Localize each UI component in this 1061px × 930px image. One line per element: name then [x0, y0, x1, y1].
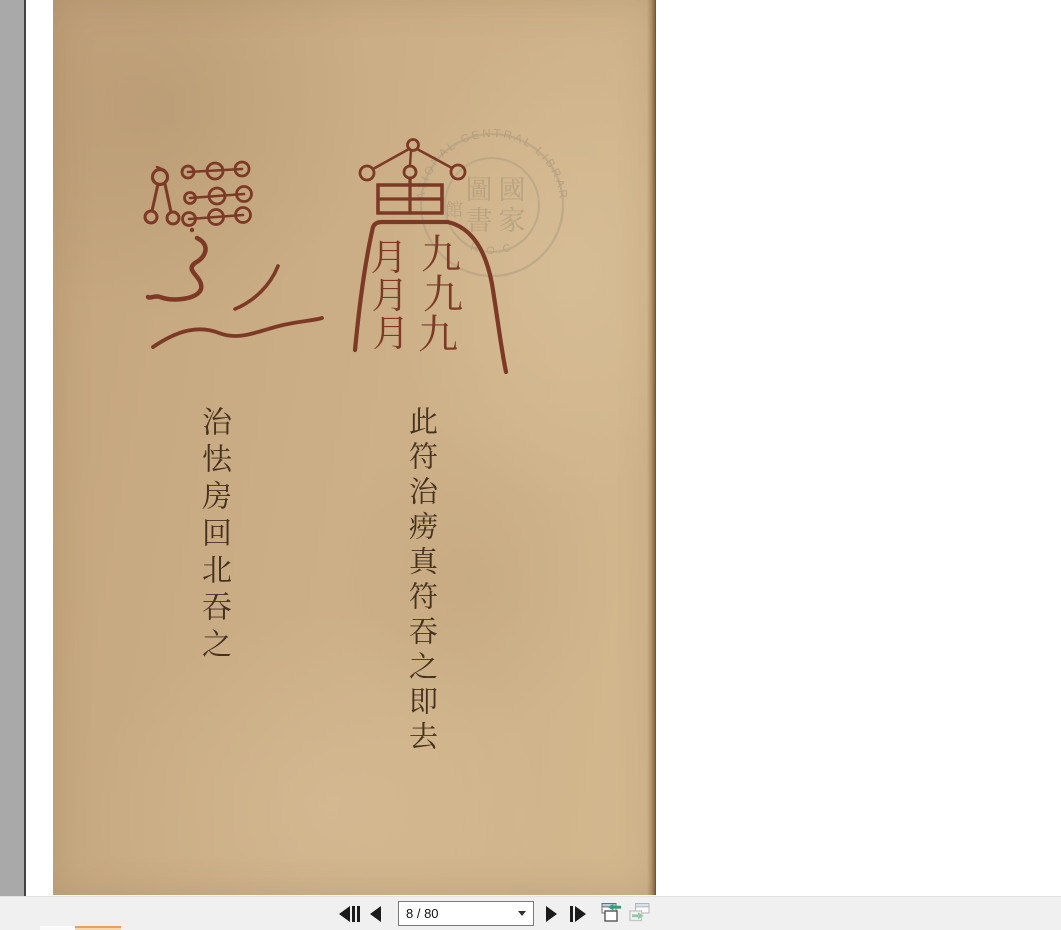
talisman-characters: 月 月 月 九 九 九 — [371, 232, 464, 358]
manuscript-page[interactable]: NATIONAL CENTRAL LIBRARY R.O.C 國 家 圖 書 館 — [53, 0, 656, 895]
page-indicator: 8 / 80 — [406, 906, 439, 921]
triangle-left-icon — [370, 906, 381, 922]
svg-text:家: 家 — [499, 206, 526, 237]
library-stamp: NATIONAL CENTRAL LIBRARY R.O.C 國 家 圖 書 館 — [53, 0, 569, 276]
dropdown-arrow-icon — [518, 911, 526, 916]
svg-text:月: 月 — [373, 312, 410, 355]
navigation-toolbar: 8 / 80 — [0, 896, 1061, 930]
window-arrow-right-icon — [628, 902, 651, 923]
previous-page-button[interactable] — [368, 900, 383, 928]
page-number-combobox[interactable]: 8 / 80 — [398, 901, 534, 926]
svg-text:圖: 圖 — [466, 175, 493, 206]
panel-divider — [24, 0, 26, 896]
float-page-button[interactable] — [626, 901, 652, 927]
svg-text:月: 月 — [372, 274, 409, 317]
stamp-seal-characters: 國 家 圖 書 館 — [445, 175, 526, 237]
page-right-edge — [647, 0, 656, 895]
svg-text:月: 月 — [371, 236, 408, 279]
viewer-window: NATIONAL CENTRAL LIBRARY R.O.C 國 家 圖 書 館 — [0, 0, 1061, 930]
svg-text:九: 九 — [418, 312, 458, 358]
caption-left: 治怯房回北吞之 — [191, 406, 235, 665]
bottom-strip-white — [40, 926, 75, 930]
stamp-top-text: NATIONAL CENTRAL LIBRARY — [53, 0, 569, 201]
bar-icon — [352, 906, 355, 922]
triangle-right-icon — [575, 906, 586, 922]
bottom-strip-highlight[interactable] — [75, 926, 121, 930]
left-talisman — [145, 162, 322, 347]
svg-text:NATIONAL CENTRAL LIBRARY: NATIONAL CENTRAL LIBRARY — [53, 0, 569, 201]
next-page-button[interactable] — [544, 900, 559, 928]
svg-text:館: 館 — [445, 200, 463, 221]
bar-icon — [357, 906, 360, 922]
last-page-button[interactable] — [568, 900, 588, 928]
bar-icon — [570, 906, 573, 922]
caption-right: 此符治痨真符吞之即去 — [402, 406, 443, 756]
svg-text:國: 國 — [499, 175, 526, 206]
left-gray-panel — [0, 0, 24, 896]
triangle-left-icon — [339, 906, 350, 922]
window-arrow-left-icon — [600, 902, 623, 923]
triangle-right-icon — [546, 906, 557, 922]
talisman-artwork: NATIONAL CENTRAL LIBRARY R.O.C 國 家 圖 書 館 — [53, 0, 656, 895]
first-page-button[interactable] — [337, 900, 362, 928]
dock-page-button[interactable] — [598, 901, 624, 927]
